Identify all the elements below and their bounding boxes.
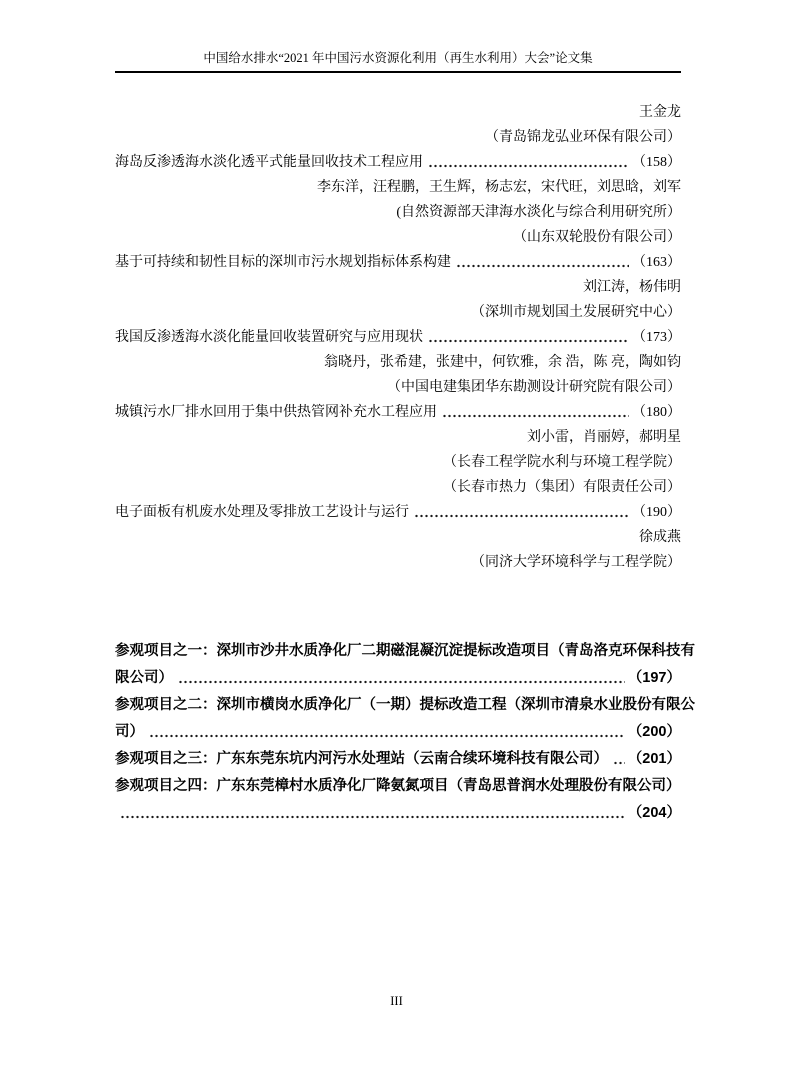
visit-project-page-number: （201） [628, 746, 681, 773]
toc-entry-authors: 翁晓丹，张希建，张建中，何钦雅，余 浩，陈 亮，陶如钧 [115, 350, 681, 375]
visit-project-entry: 参观项目之二：深圳市横岗水质净化厂（一期）提标改造工程（深圳市清泉水业股份有限公… [115, 692, 681, 746]
toc-entry-affiliation: （长春工程学院水利与环境工程学院） [115, 450, 681, 475]
toc-entry-title: 海岛反渗透海水淡化透平式能量回收技术工程应用 [115, 150, 423, 175]
toc-entry-title: 城镇污水厂排水回用于集中供热管网补充水工程应用 [115, 400, 437, 425]
visit-project-title: 参观项目之一：深圳市沙井水质净化厂二期磁混凝沉淀提标改造项目（青岛洛克环保科技有 [115, 638, 681, 665]
visit-project-page-number: （204） [628, 800, 681, 827]
visit-project-title: 限公司） [115, 665, 173, 692]
toc-entry-page-number: （158） [632, 150, 681, 175]
toc-entry-affiliation: （山东双轮股份有限公司） [115, 225, 681, 250]
toc-entry-authors: 刘小雷，肖丽婷，郝明星 [115, 425, 681, 450]
toc-entry-authors: 刘江涛，杨伟明 [115, 275, 681, 300]
toc-entry-page-number: （163） [632, 250, 681, 275]
visit-project-entry: 参观项目之一：深圳市沙井水质净化厂二期磁混凝沉淀提标改造项目（青岛洛克环保科技有… [115, 638, 681, 692]
dot-leader [413, 500, 629, 525]
toc-entry-affiliation: （同济大学环境科学与工程学院） [115, 550, 681, 575]
dot-leader [427, 150, 629, 175]
dot-leader [177, 665, 625, 692]
carryover-authors: 王金龙 [115, 100, 681, 125]
toc-entry: 电子面板有机废水处理及零排放工艺设计与运行 （190） [115, 500, 681, 525]
table-of-contents: 王金龙 （青岛锦龙弘业环保有限公司） 海岛反渗透海水淡化透平式能量回收技术工程应… [115, 100, 681, 827]
page-footer: III [0, 994, 793, 1009]
toc-entry: 基于可持续和韧性目标的深圳市污水规划指标体系构建 （163） [115, 250, 681, 275]
toc-entry-title: 电子面板有机废水处理及零排放工艺设计与运行 [115, 500, 409, 525]
toc-entry-authors: 徐成燕 [115, 525, 681, 550]
dot-leader [455, 250, 629, 275]
toc-entry: 我国反渗透海水淡化能量回收装置研究与应用现状 （173） [115, 325, 681, 350]
dot-leader [441, 400, 629, 425]
dot-leader [612, 746, 625, 773]
visit-project-title-row: 司） （200） [115, 719, 681, 746]
toc-entry-affiliation: (自然资源部天津海水淡化与综合利用研究所） [115, 200, 681, 225]
toc-entry-page-number: （173） [632, 325, 681, 350]
toc-entry-title: 基于可持续和韧性目标的深圳市污水规划指标体系构建 [115, 250, 451, 275]
visit-project-title-row: 限公司） （197） [115, 665, 681, 692]
toc-entry-affiliation: （长春市热力（集团）有限责任公司） [115, 475, 681, 500]
visit-project-page-number: （197） [628, 665, 681, 692]
toc-entry-affiliation: （中国电建集团华东勘测设计研究院有限公司） [115, 375, 681, 400]
dot-leader [119, 800, 625, 827]
page-header: 中国给水排水“2021 年中国污水资源化利用（再生水利用）大会”论文集 [115, 0, 681, 73]
carryover-affiliation: （青岛锦龙弘业环保有限公司） [115, 125, 681, 150]
visit-project-title-row: 参观项目之三：广东东莞东坑内河污水处理站（云南合续环境科技有限公司） （201） [115, 746, 681, 773]
visit-project-title: 参观项目之三：广东东莞东坑内河污水处理站（云南合续环境科技有限公司） [115, 746, 608, 773]
page-number: III [390, 994, 403, 1008]
toc-entry-affiliation: （深圳市规划国土发展研究中心） [115, 300, 681, 325]
dot-leader [427, 325, 629, 350]
visit-project-title: 参观项目之二：深圳市横岗水质净化厂（一期）提标改造工程（深圳市清泉水业股份有限公 [115, 692, 681, 719]
visit-projects-section: 参观项目之一：深圳市沙井水质净化厂二期磁混凝沉淀提标改造项目（青岛洛克环保科技有… [115, 638, 681, 827]
toc-entry-authors: 李东洋，汪程鹏，王生辉，杨志宏，宋代旺，刘思晗，刘军 [115, 175, 681, 200]
toc-entry: 城镇污水厂排水回用于集中供热管网补充水工程应用 （180） [115, 400, 681, 425]
toc-entry-page-number: （190） [632, 500, 681, 525]
visit-project-title-row: （204） [115, 800, 681, 827]
header-title: 中国给水排水“2021 年中国污水资源化利用（再生水利用）大会”论文集 [115, 50, 681, 66]
toc-entry: 海岛反渗透海水淡化透平式能量回收技术工程应用 （158） [115, 150, 681, 175]
dot-leader [148, 719, 625, 746]
toc-entry-page-number: （180） [632, 400, 681, 425]
visit-project-entry: 参观项目之四：广东东莞樟村水质净化厂降氨氮项目（青岛思普润水处理股份有限公司） … [115, 773, 681, 827]
visit-project-entry: 参观项目之三：广东东莞东坑内河污水处理站（云南合续环境科技有限公司） （201） [115, 746, 681, 773]
visit-project-title: 参观项目之四：广东东莞樟村水质净化厂降氨氮项目（青岛思普润水处理股份有限公司） [115, 773, 681, 800]
visit-project-page-number: （200） [628, 719, 681, 746]
visit-project-title: 司） [115, 719, 144, 746]
document-page: 中国给水排水“2021 年中国污水资源化利用（再生水利用）大会”论文集 王金龙 … [0, 0, 793, 1077]
toc-entry-title: 我国反渗透海水淡化能量回收装置研究与应用现状 [115, 325, 423, 350]
